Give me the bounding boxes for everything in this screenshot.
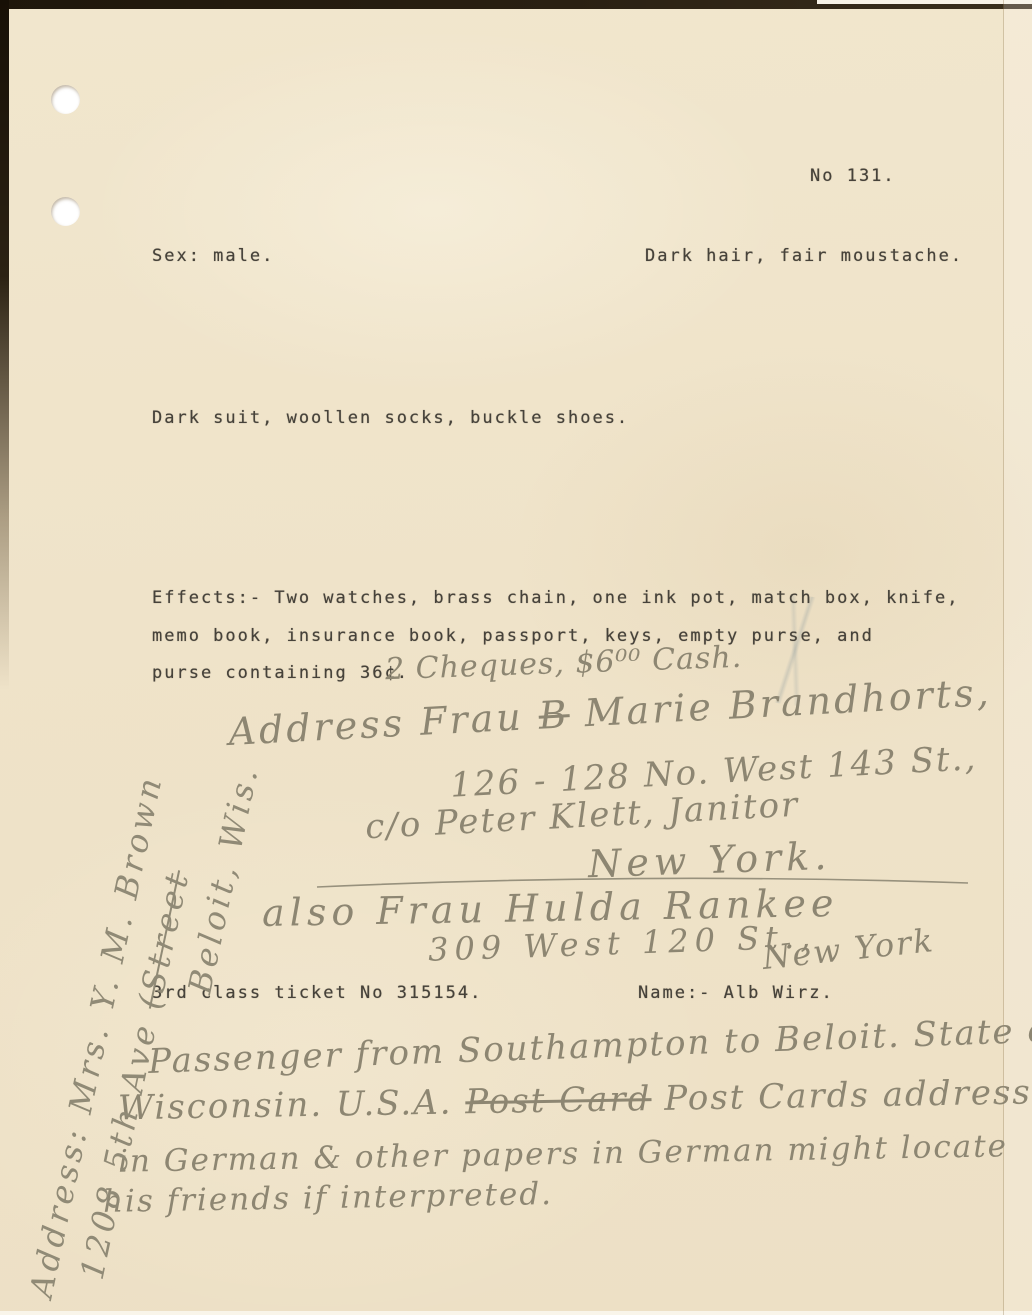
name-line: Name:- Alb Wirz.	[638, 983, 834, 1003]
physical-description-line: Dark hair, fair moustache.	[645, 246, 963, 266]
struck-post-card: Post Card	[465, 1079, 652, 1122]
effects-line-3: purse containing 36¢.	[152, 663, 409, 683]
scan-edge-top-sliver	[817, 0, 1032, 4]
record-number: No 131.	[810, 166, 896, 186]
paper-fold-highlight	[1004, 0, 1032, 1315]
paper-fold-line	[1003, 0, 1004, 1315]
effects-line-2: memo book, insurance book, passport, key…	[152, 626, 874, 646]
struck-initial: B	[538, 692, 571, 738]
passenger-note-line-2-post: Post Cards addressed	[651, 1072, 1032, 1119]
hole-punch-top	[51, 85, 80, 114]
document-scan: No 131. Sex: male. Dark hair, fair moust…	[0, 0, 1032, 1315]
effects-line-1: Effects:- Two watches, brass chain, one …	[152, 588, 960, 608]
sex-line: Sex: male.	[152, 246, 274, 266]
scan-edge-left	[0, 0, 9, 690]
clothing-line: Dark suit, woollen socks, buckle shoes.	[152, 408, 629, 428]
hole-punch-bottom	[51, 197, 80, 226]
